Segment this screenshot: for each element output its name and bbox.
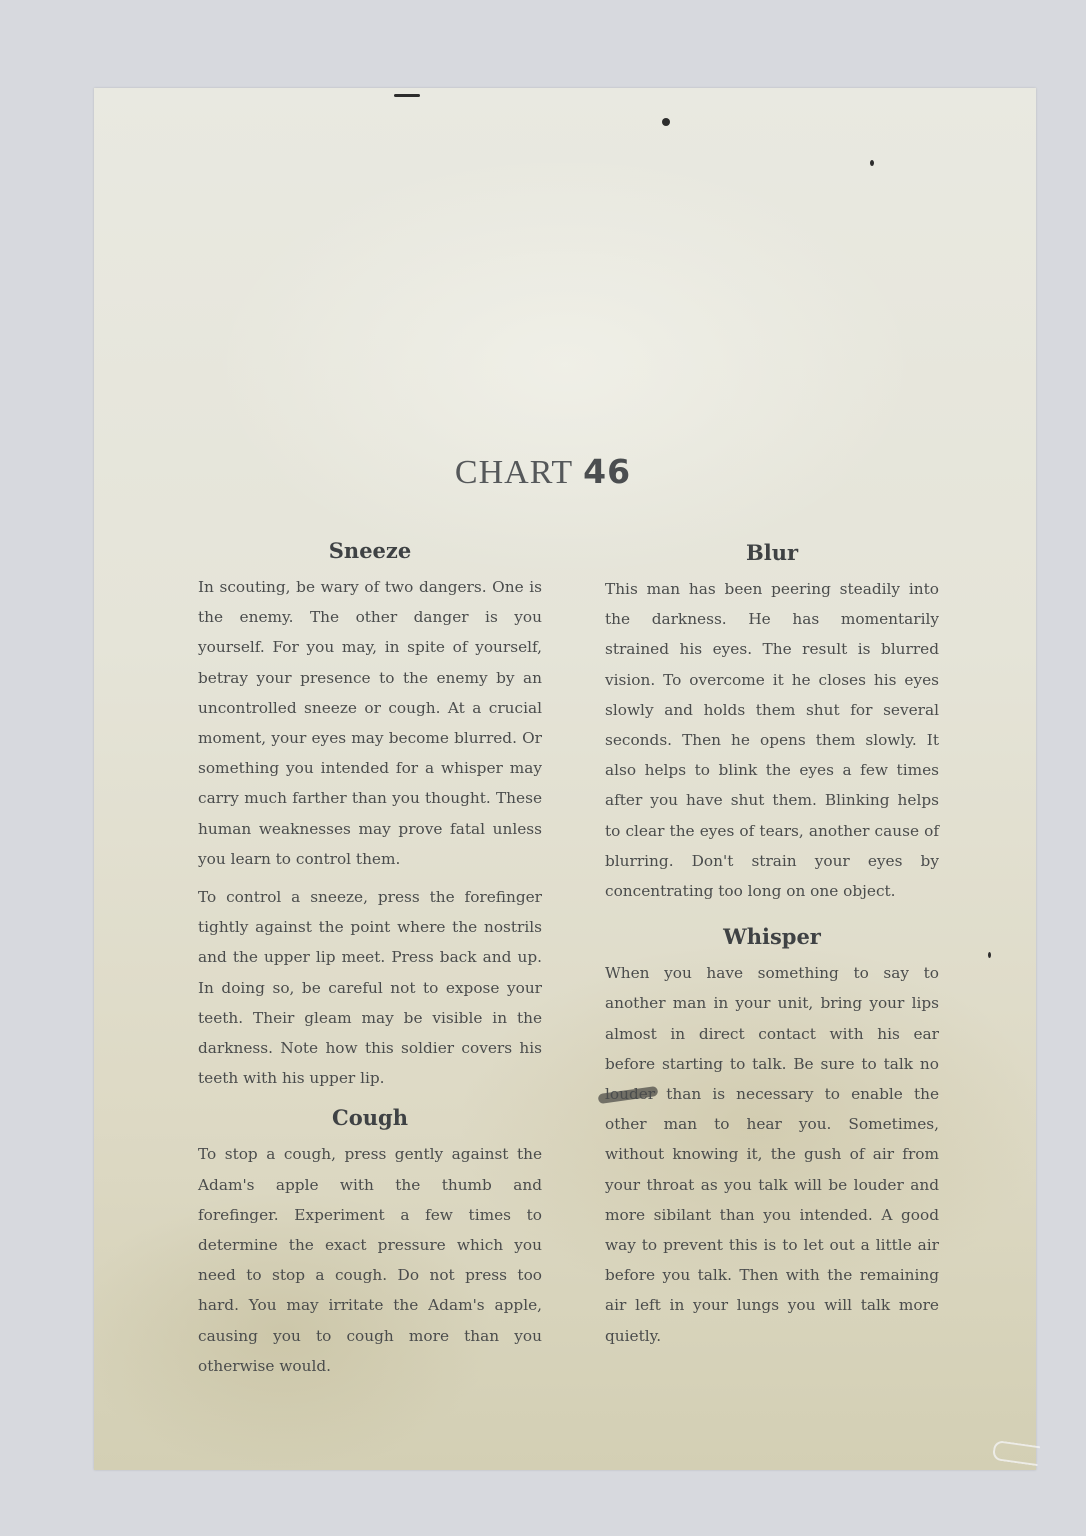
section-heading: Whisper [605, 922, 939, 952]
paper-blemish [662, 118, 670, 126]
chart-number: 46 [583, 452, 631, 491]
section-cough: Cough To stop a cough, press gently agai… [198, 1103, 542, 1381]
section-heading: Blur [605, 538, 939, 568]
left-column: Sneeze In scouting, be wary of two dange… [198, 536, 542, 1389]
right-column: Blur This man has been peering steadily … [605, 538, 939, 1359]
paragraph: To control a sneeze, press the forefinge… [198, 882, 542, 1093]
section-sneeze: Sneeze In scouting, be wary of two dange… [198, 536, 542, 1093]
paragraph: When you have something to say to anothe… [605, 958, 939, 1351]
paper-blemish [870, 160, 874, 166]
section-heading: Cough [198, 1103, 542, 1133]
section-whisper: Whisper When you have something to say t… [605, 922, 939, 1351]
paragraph: This man has been peering steadily into … [605, 574, 939, 906]
paper-blemish [394, 94, 420, 97]
page-title: CHART46 [0, 452, 1086, 492]
paragraph: In scouting, be wary of two dangers. One… [198, 572, 542, 874]
section-heading: Sneeze [198, 536, 542, 566]
paper-blemish [988, 952, 991, 958]
title-word: CHART [455, 454, 573, 491]
paragraph: To stop a cough, press gently against th… [198, 1139, 542, 1381]
section-blur: Blur This man has been peering steadily … [605, 538, 939, 906]
